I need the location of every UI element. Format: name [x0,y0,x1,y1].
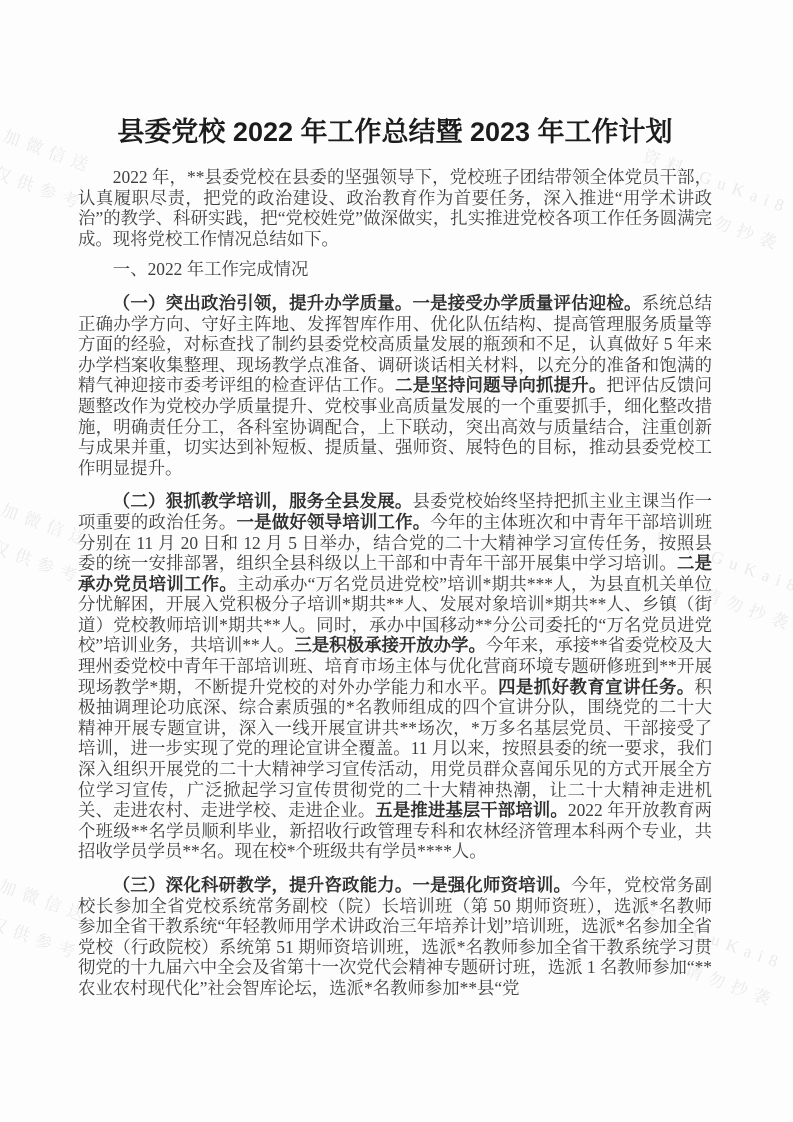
paragraph-item-3: （三）深化科研教学，提升咨政能力。一是强化师资培训。今年，党校常务副校长参加全省… [78,875,712,999]
section-heading: 一、2022 年工作完成情况 [78,259,712,280]
paragraph-item-2: （二）狠抓教学培训，服务全县发展。县委党校始终坚持把抓主业主课当作一项重要的政治… [78,491,712,862]
document-body: 县委党校 2022 年工作总结暨 2023 年工作计划 2022 年，**县委党… [78,114,712,999]
document-page: 加微信送 仅供参考 加微信送 仅供参考 加微信送 仅供参考 资料:GuKai8 … [0,0,793,1122]
document-title: 县委党校 2022 年工作总结暨 2023 年工作计划 [78,114,712,150]
intro-paragraph: 2022 年，**县委党校在县委的坚强领导下，党校班子团结带领全体党员干部，认真… [78,167,712,249]
paragraph-item-1: （一）突出政治引领，提升办学质量。一是接受办学质量评估迎检。系统总结正确办学方向… [78,293,712,478]
